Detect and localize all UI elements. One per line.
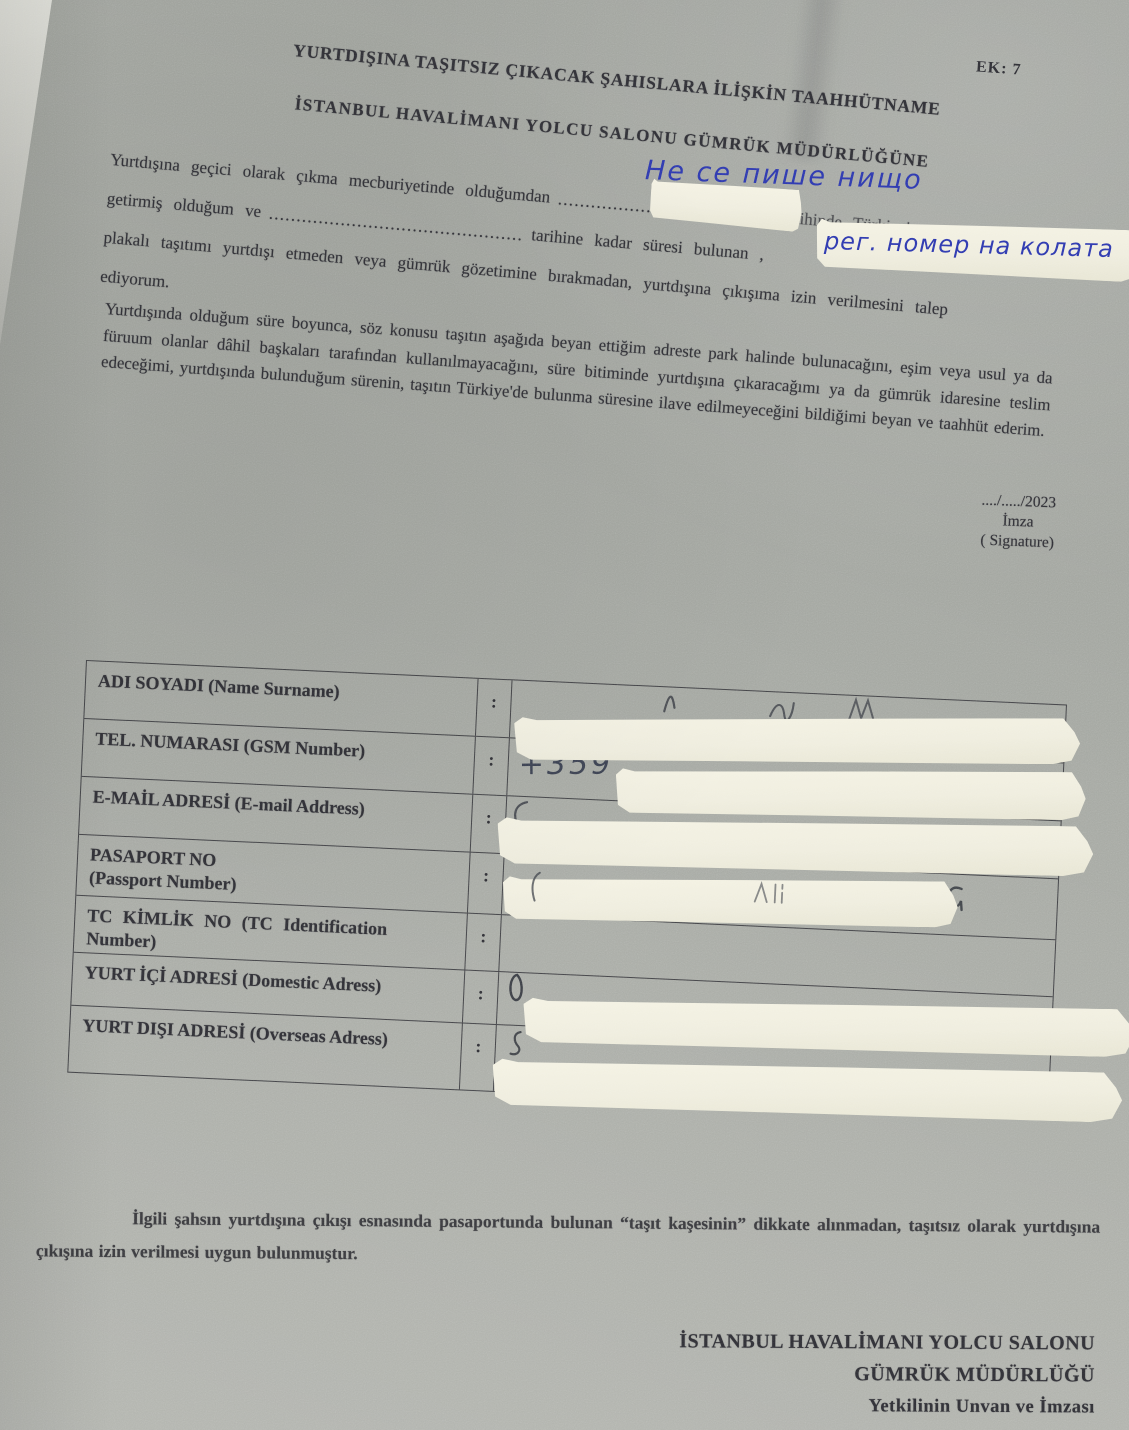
colon-separator: : (473, 737, 510, 795)
date-signature-block: ..../...../2023 İmza ( Signature) (937, 489, 1099, 555)
approval-paragraph: İlgili şahsın yurtdışına çıkışı esnasınd… (36, 1201, 1101, 1276)
ink-mark (505, 1027, 526, 1058)
colon-separator: : (468, 853, 505, 914)
ink-mark (504, 970, 530, 1005)
colon-separator: : (460, 1023, 497, 1090)
ink-mark (766, 696, 797, 721)
office-name-line1: İSTANBUL HAVALİMANI YOLCU SALONU (530, 1325, 1095, 1360)
applicant-info-table: ADI SOYADI (Name Surname) : TEL. NUMARAS… (67, 660, 1067, 1117)
colon-separator: : (476, 679, 513, 737)
field-value (510, 680, 1066, 762)
colon-separator: : (465, 914, 502, 971)
office-name-line2: GÜMRÜK MÜDÜRLÜĞÜ (530, 1357, 1095, 1392)
ink-mark (751, 877, 792, 907)
ink-mark (524, 869, 546, 904)
tape-strip (514, 716, 1080, 764)
colon-separator: : (463, 971, 499, 1024)
official-title-label: Yetkilinin Unvan ve İmzası (530, 1389, 1095, 1424)
customs-office-signature-block: İSTANBUL HAVALİMANI YOLCU SALONU GÜMRÜK … (530, 1325, 1095, 1424)
scanned-document-photo: YURTDIŞINA TAŞITSIZ ÇIKACAK ŞAHISLARA İL… (0, 0, 1129, 1430)
paper-edge-highlight (0, 0, 52, 345)
annex-number: EK: 7 (975, 58, 1022, 79)
ink-mark (661, 687, 696, 715)
tape-strip (615, 767, 1085, 820)
tape-strip (492, 1057, 1123, 1122)
paragraph-text: getirmiş olduğum ve (106, 189, 262, 221)
